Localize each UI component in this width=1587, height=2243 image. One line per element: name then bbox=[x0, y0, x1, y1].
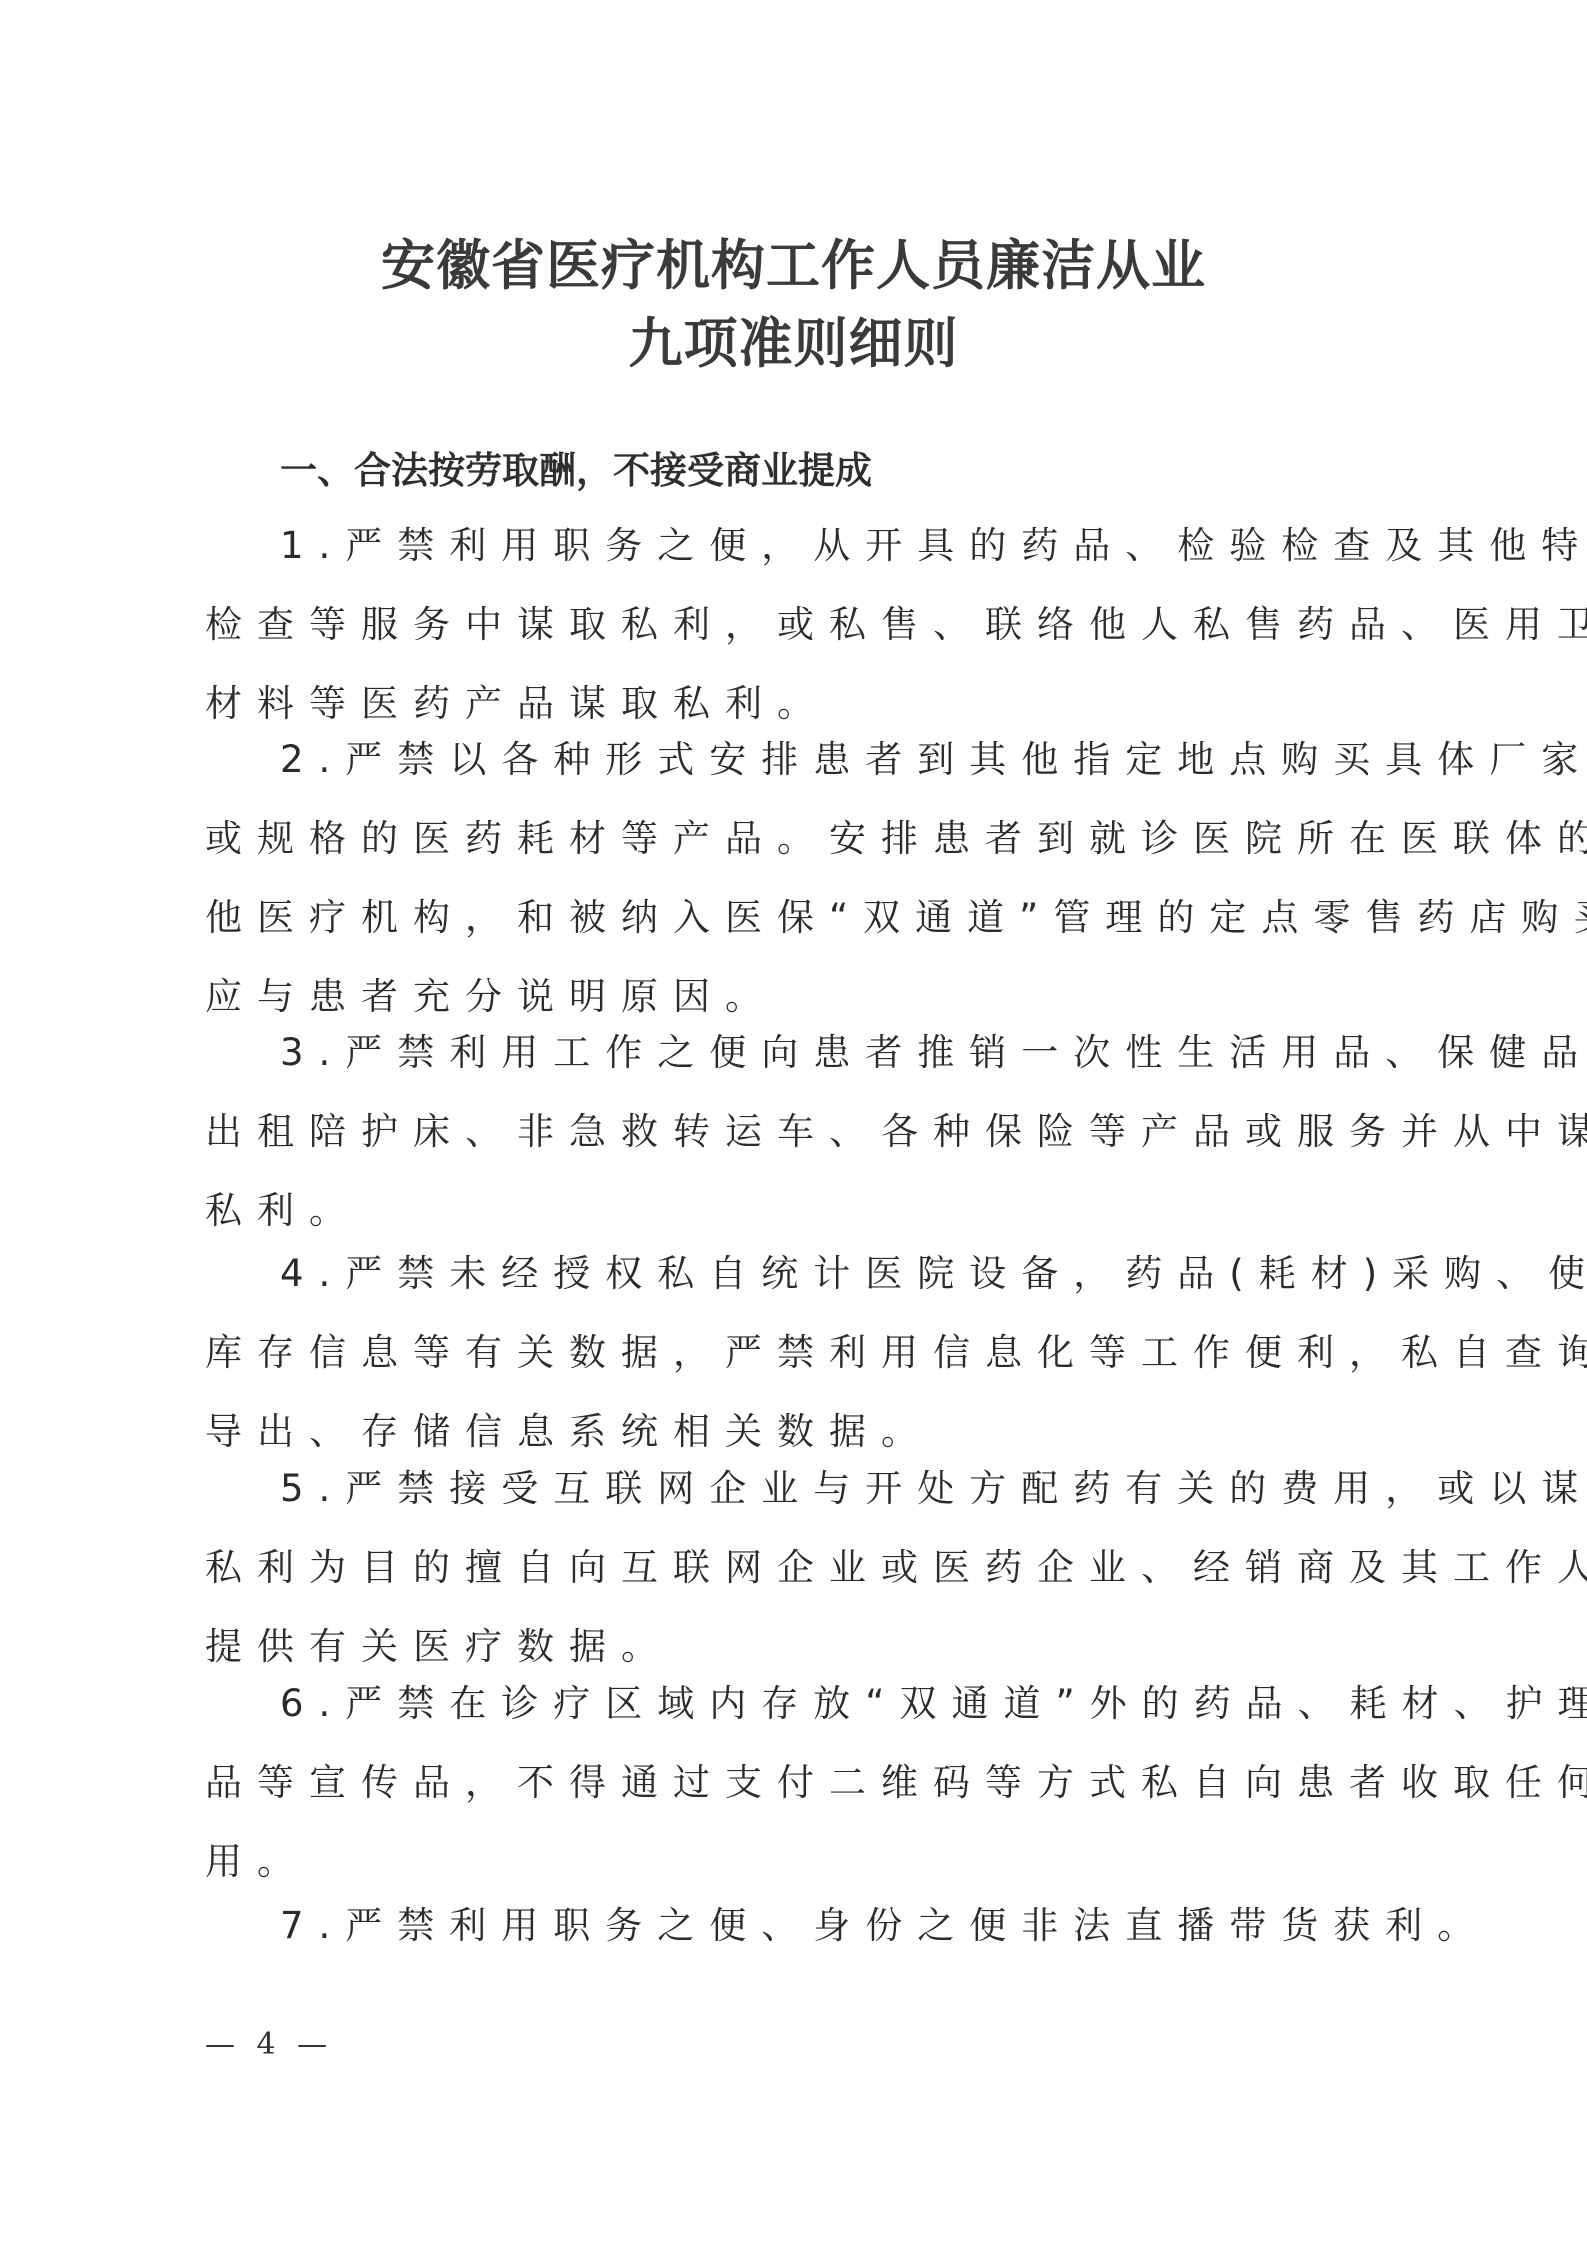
paragraph-line: 检查等服务中谋取私利，或私售、联络他人私售药品、医用卫生 bbox=[205, 606, 1380, 643]
paragraph-line: 导出、存储信息系统相关数据。 bbox=[205, 1413, 1380, 1450]
paragraph-line: 2.严禁以各种形式安排患者到其他指定地点购买具体厂家 bbox=[280, 741, 1380, 778]
document-title-line-2: 九项准则细则 bbox=[0, 316, 1587, 370]
paragraph-line: 出租陪护床、非急救转运车、各种保险等产品或服务并从中谋取 bbox=[205, 1113, 1380, 1150]
paragraph-line: 1.严禁利用职务之便，从开具的药品、检验检查及其他特殊 bbox=[280, 527, 1380, 564]
paragraph-line: 3.严禁利用工作之便向患者推销一次性生活用品、保健品、 bbox=[280, 1034, 1380, 1071]
paragraph-line: 材料等医药产品谋取私利。 bbox=[205, 685, 1380, 722]
paragraph-line: 用。 bbox=[205, 1843, 1380, 1880]
paragraph-line: 私利为目的擅自向互联网企业或医药企业、经销商及其工作人员 bbox=[205, 1549, 1380, 1586]
document-title-line-1: 安徽省医疗机构工作人员廉洁从业 bbox=[0, 238, 1587, 292]
paragraph-line: 5.严禁接受互联网企业与开处方配药有关的费用，或以谋取 bbox=[280, 1470, 1380, 1507]
paragraph-line: 7.严禁利用职务之便、身份之便非法直播带货获利。 bbox=[280, 1907, 1380, 1944]
paragraph-line: 私利。 bbox=[205, 1192, 1380, 1229]
document-page: 安徽省医疗机构工作人员廉洁从业 九项准则细则 一、合法按劳取酬，不接受商业提成 … bbox=[0, 0, 1587, 2243]
paragraph-line: 6.严禁在诊疗区域内存放“双通道”外的药品、耗材、护理用 bbox=[280, 1685, 1380, 1722]
paragraph-line: 或规格的医药耗材等产品。安排患者到就诊医院所在医联体的其 bbox=[205, 820, 1380, 857]
paragraph-line: 4.严禁未经授权私自统计医院设备，药品(耗材)采购、使用、 bbox=[280, 1255, 1380, 1292]
paragraph-line: 品等宣传品，不得通过支付二维码等方式私自向患者收取任何费 bbox=[205, 1764, 1380, 1801]
paragraph-line: 他医疗机构，和被纳入医保“双通道”管理的定点零售药店购买， bbox=[205, 899, 1380, 936]
paragraph-line: 提供有关医疗数据。 bbox=[205, 1628, 1380, 1665]
paragraph-line: 库存信息等有关数据，严禁利用信息化等工作便利，私自查询、 bbox=[205, 1334, 1380, 1371]
paragraph-line: 应与患者充分说明原因。 bbox=[205, 978, 1380, 1015]
section-heading: 一、合法按劳取酬，不接受商业提成 bbox=[280, 452, 872, 489]
page-number: — 4 — bbox=[205, 2030, 333, 2060]
